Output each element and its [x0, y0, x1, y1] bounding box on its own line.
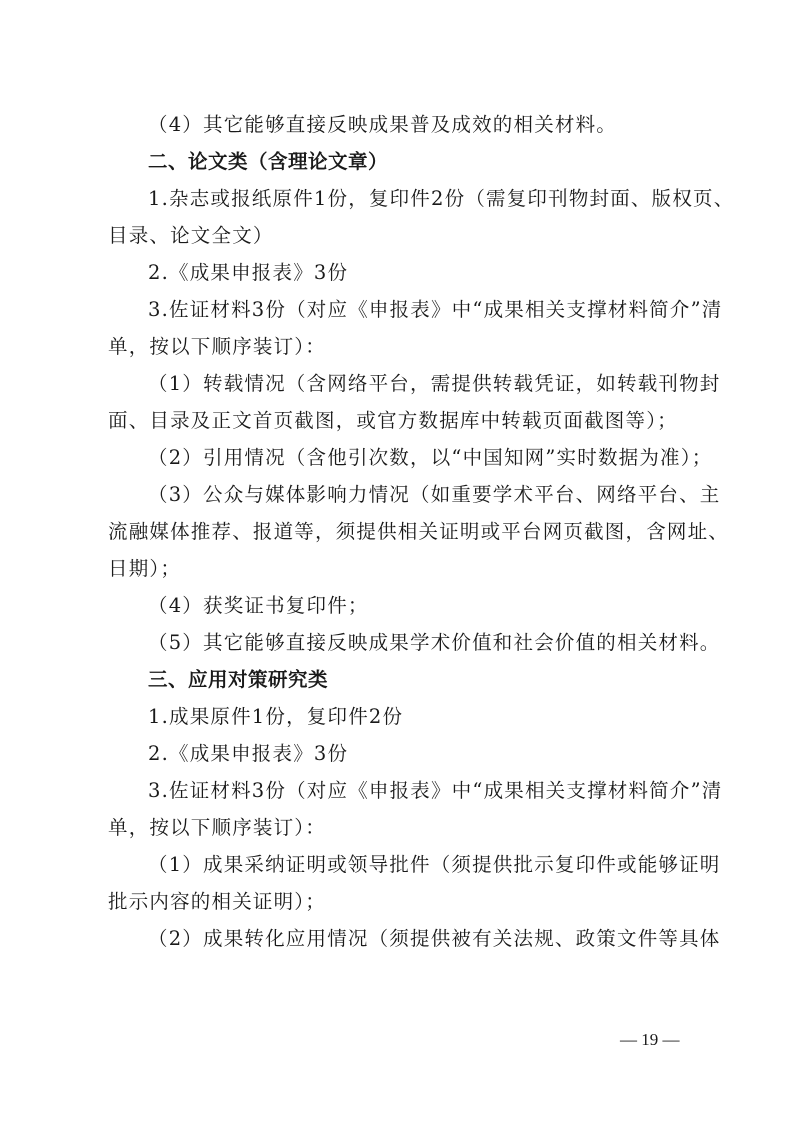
list-item: 1.杂志或报纸原件1份，复印件2份（需复印刊物封面、版权页、: [108, 187, 686, 211]
list-item-continuation: 目录、论文全文）: [108, 224, 686, 248]
list-item-continuation: 单，按以下顺序装订）：: [108, 816, 686, 840]
list-item-continuation: 面、目录及正文首页截图，或官方数据库中转载页面截图等）；: [108, 409, 686, 433]
list-item: 1.成果原件1份，复印件2份: [108, 705, 686, 729]
list-item: （2）引用情况（含他引次数，以“中国知网”实时数据为准）；: [108, 446, 686, 470]
list-item: 2.《成果申报表》3份: [108, 261, 686, 285]
list-item: （4）其它能够直接反映成果普及成效的相关材料。: [108, 113, 686, 137]
list-item: 3.佐证材料3份（对应《申报表》中“成果相关支撑材料简介”清: [108, 779, 686, 803]
page-number: — 19 —: [620, 1030, 680, 1050]
list-item: （1）转载情况（含网络平台，需提供转载凭证，如转载刊物封: [108, 372, 686, 396]
list-item: （4）获奖证书复印件；: [108, 594, 686, 618]
section-heading: 二、论文类（含理论文章）: [108, 150, 686, 174]
list-item: 2.《成果申报表》3份: [108, 742, 686, 766]
list-item-continuation: 流融媒体推荐、报道等，须提供相关证明或平台网页截图，含网址、: [108, 520, 686, 544]
list-item-continuation: 单，按以下顺序装订）：: [108, 335, 686, 359]
list-item: 3.佐证材料3份（对应《申报表》中“成果相关支撑材料简介”清: [108, 298, 686, 322]
list-item: （3）公众与媒体影响力情况（如重要学术平台、网络平台、主: [108, 483, 686, 507]
list-item: （5）其它能够直接反映成果学术价值和社会价值的相关材料。: [108, 631, 686, 655]
section-heading: 三、应用对策研究类: [108, 668, 686, 692]
list-item: （2）成果转化应用情况（须提供被有关法规、政策文件等具体: [108, 927, 686, 951]
list-item: （1）成果采纳证明或领导批件（须提供批示复印件或能够证明: [108, 853, 686, 877]
list-item-continuation: 批示内容的相关证明）；: [108, 890, 686, 914]
list-item-continuation: 日期）；: [108, 557, 686, 581]
